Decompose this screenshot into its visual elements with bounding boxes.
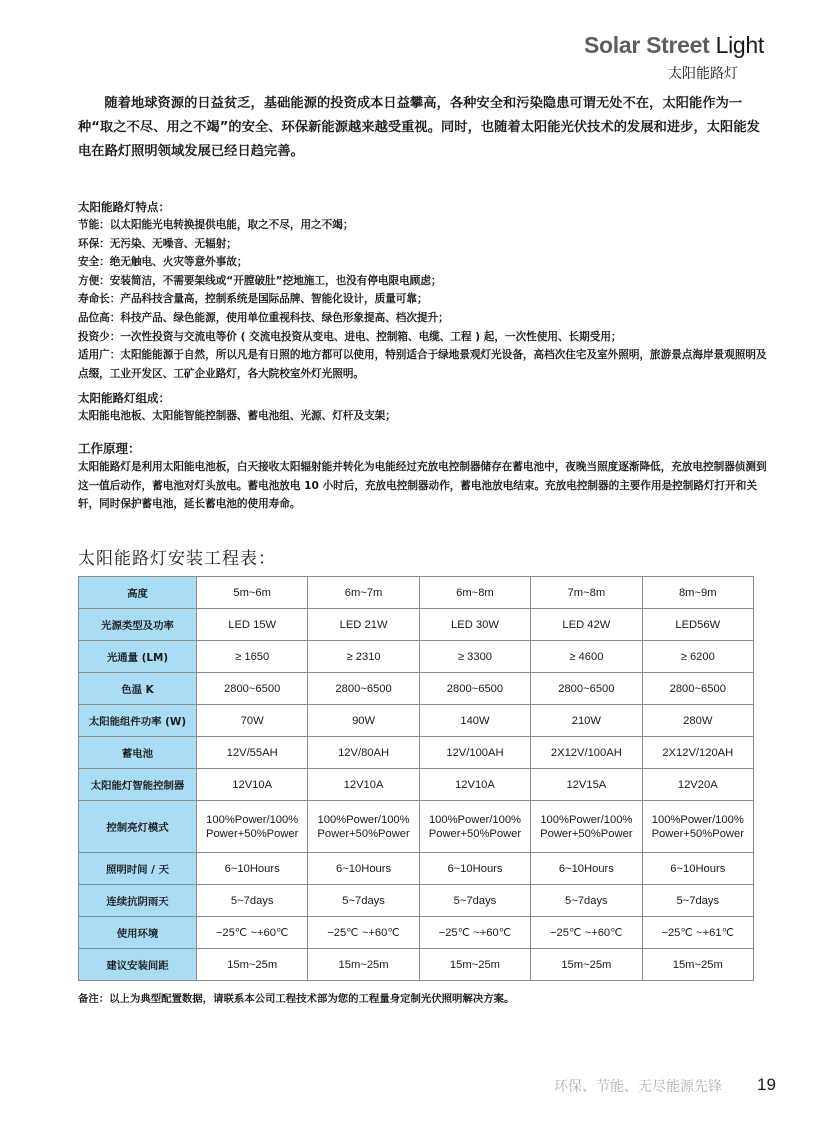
table-row: 光源类型及功率LED 15WLED 21WLED 30WLED 42WLED56… xyxy=(79,609,754,641)
composition-section: 太阳能路灯组成： 太阳能电池板、太阳能智能控制器、蓄电池组、光源、灯杆及支架； xyxy=(78,389,770,426)
table-row: 光通量 (LM)≥ 1650≥ 2310≥ 3300≥ 4600≥ 6200 xyxy=(79,641,754,673)
row-label: 高度 xyxy=(79,577,197,609)
title-light: Light xyxy=(716,32,764,58)
table-cell: LED 42W xyxy=(531,609,642,641)
row-label: 太阳能灯智能控制器 xyxy=(79,769,197,801)
row-label: 照明时间 / 天 xyxy=(79,853,197,885)
table-cell: 12V10A xyxy=(308,769,419,801)
table-cell: 6~10Hours xyxy=(196,853,307,885)
table-cell: 12V15A xyxy=(531,769,642,801)
principle-text: 太阳能路灯是利用太阳能电池板，白天接收太阳辐射能并转化为电能经过充放电控制器储存… xyxy=(78,458,770,514)
table-cell: 2800~6500 xyxy=(419,673,530,705)
table-cell: 12V/55AH xyxy=(196,737,307,769)
table-cell: 210W xyxy=(531,705,642,737)
table-cell: 6~10Hours xyxy=(419,853,530,885)
table-cell: 6~10Hours xyxy=(308,853,419,885)
table-row: 高度5m~6m6m~7m6m~8m7m~8m8m~9m xyxy=(79,577,754,609)
table-cell: 90W xyxy=(308,705,419,737)
table-cell: ≥ 2310 xyxy=(308,641,419,673)
table-cell: 100%Power/100% Power+50%Power xyxy=(531,801,642,853)
feature-item: 安全：绝无触电、火灾等意外事故； xyxy=(78,253,770,272)
table-cell: 2800~6500 xyxy=(308,673,419,705)
table-cell: 15m~25m xyxy=(419,949,530,981)
table-cell: 12V/100AH xyxy=(419,737,530,769)
table-cell: −25℃ ~+61℃ xyxy=(642,917,753,949)
table-cell: 12V20A xyxy=(642,769,753,801)
table-row: 控制亮灯模式100%Power/100% Power+50%Power100%P… xyxy=(79,801,754,853)
principle-heading: 工作原理： xyxy=(78,440,770,458)
page-number: 19 xyxy=(757,1075,776,1095)
table-row: 太阳能灯智能控制器12V10A12V10A12V10A12V15A12V20A xyxy=(79,769,754,801)
table-cell: 5~7days xyxy=(196,885,307,917)
table-cell: 2800~6500 xyxy=(196,673,307,705)
feature-item: 品位高：科技产品、绿色能源，使用单位重视科技、绿色形象提高、档次提升； xyxy=(78,309,770,328)
row-label: 色温 K xyxy=(79,673,197,705)
table-cell: 280W xyxy=(642,705,753,737)
table-cell: 100%Power/100% Power+50%Power xyxy=(419,801,530,853)
table-cell: ≥ 1650 xyxy=(196,641,307,673)
table-note: 备注：以上为典型配置数据，请联系本公司工程技术部为您的工程量身定制光伏照明解决方… xyxy=(78,990,514,1005)
table-cell: 100%Power/100% Power+50%Power xyxy=(642,801,753,853)
row-label: 蓄电池 xyxy=(79,737,197,769)
table-cell: 5~7days xyxy=(642,885,753,917)
table-cell: LED 15W xyxy=(196,609,307,641)
table-cell: −25℃ ~+60℃ xyxy=(308,917,419,949)
title-solar-street: Solar Street xyxy=(584,32,710,58)
table-cell: −25℃ ~+60℃ xyxy=(419,917,530,949)
table-cell: LED56W xyxy=(642,609,753,641)
table-cell: 5~7days xyxy=(419,885,530,917)
table-cell: LED 21W xyxy=(308,609,419,641)
table-row: 建议安装间距15m~25m15m~25m15m~25m15m~25m15m~25… xyxy=(79,949,754,981)
table-title: 太阳能路灯安装工程表： xyxy=(78,544,276,569)
row-label: 建议安装间距 xyxy=(79,949,197,981)
page-title: Solar Street Light xyxy=(584,32,764,59)
table-cell: 2800~6500 xyxy=(642,673,753,705)
table-cell: 100%Power/100% Power+50%Power xyxy=(196,801,307,853)
table-cell: 6~10Hours xyxy=(531,853,642,885)
table-cell: 5~7days xyxy=(531,885,642,917)
row-label: 连续抗阴雨天 xyxy=(79,885,197,917)
feature-item: 节能：以太阳能光电转换提供电能，取之不尽，用之不竭； xyxy=(78,216,770,235)
table-cell: ≥ 3300 xyxy=(419,641,530,673)
table-cell: −25℃ ~+60℃ xyxy=(531,917,642,949)
feature-item: 适用广：太阳能能源于自然，所以凡是有日照的地方都可以使用，特别适合于绿地景观灯光… xyxy=(78,346,770,383)
footer-slogan: 环保、节能、无尽能源先锋 xyxy=(554,1076,722,1096)
row-label: 光通量 (LM) xyxy=(79,641,197,673)
feature-item: 环保：无污染、无噪音、无辐射； xyxy=(78,235,770,254)
page-subtitle: 太阳能路灯 xyxy=(668,63,738,83)
table-cell: 70W xyxy=(196,705,307,737)
table-cell: 15m~25m xyxy=(642,949,753,981)
features-section: 太阳能路灯特点： 节能：以太阳能光电转换提供电能，取之不尽，用之不竭； 环保：无… xyxy=(78,198,770,383)
table-row: 连续抗阴雨天5~7days5~7days5~7days5~7days5~7day… xyxy=(79,885,754,917)
table-cell: 2X12V/100AH xyxy=(531,737,642,769)
table-cell: 7m~8m xyxy=(531,577,642,609)
table-cell: 15m~25m xyxy=(308,949,419,981)
table-cell: 15m~25m xyxy=(531,949,642,981)
table-cell: 140W xyxy=(419,705,530,737)
table-cell: ≥ 4600 xyxy=(531,641,642,673)
features-heading: 太阳能路灯特点： xyxy=(78,198,770,216)
table-cell: ≥ 6200 xyxy=(642,641,753,673)
composition-text: 太阳能电池板、太阳能智能控制器、蓄电池组、光源、灯杆及支架； xyxy=(78,407,770,426)
composition-heading: 太阳能路灯组成： xyxy=(78,389,770,407)
feature-item: 方便：安装简洁，不需要架线或“开膛破肚”挖地施工，也没有停电限电顾虑； xyxy=(78,272,770,291)
row-label: 控制亮灯模式 xyxy=(79,801,197,853)
table-cell: 12V/80AH xyxy=(308,737,419,769)
table-cell: 5~7days xyxy=(308,885,419,917)
feature-item: 投资少：一次性投资与交流电等价 ( 交流电投资从变电、进电、控制箱、电缆、工程 … xyxy=(78,328,770,347)
row-label: 太阳能组件功率 (W) xyxy=(79,705,197,737)
row-label: 使用环境 xyxy=(79,917,197,949)
feature-item: 寿命长：产品科技含量高，控制系统是国际品牌、智能化设计，质量可靠； xyxy=(78,290,770,309)
table-row: 太阳能组件功率 (W)70W90W140W210W280W xyxy=(79,705,754,737)
table-cell: 2X12V/120AH xyxy=(642,737,753,769)
table-cell: LED 30W xyxy=(419,609,530,641)
table-row: 蓄电池12V/55AH12V/80AH12V/100AH2X12V/100AH2… xyxy=(79,737,754,769)
installation-spec-table: 高度5m~6m6m~7m6m~8m7m~8m8m~9m光源类型及功率LED 15… xyxy=(78,576,754,981)
row-label: 光源类型及功率 xyxy=(79,609,197,641)
table-cell: 12V10A xyxy=(196,769,307,801)
intro-paragraph: 随着地球资源的日益贫乏，基础能源的投资成本日益攀高，各种安全和污染隐患可谓无处不… xyxy=(78,92,768,164)
table-row: 照明时间 / 天6~10Hours6~10Hours6~10Hours6~10H… xyxy=(79,853,754,885)
table-cell: 100%Power/100% Power+50%Power xyxy=(308,801,419,853)
table-cell: 6~10Hours xyxy=(642,853,753,885)
table-cell: 6m~7m xyxy=(308,577,419,609)
table-cell: −25℃ ~+60℃ xyxy=(196,917,307,949)
table-cell: 5m~6m xyxy=(196,577,307,609)
table-cell: 6m~8m xyxy=(419,577,530,609)
table-cell: 12V10A xyxy=(419,769,530,801)
table-row: 使用环境−25℃ ~+60℃−25℃ ~+60℃−25℃ ~+60℃−25℃ ~… xyxy=(79,917,754,949)
table-cell: 8m~9m xyxy=(642,577,753,609)
principle-section: 工作原理： 太阳能路灯是利用太阳能电池板，白天接收太阳辐射能并转化为电能经过充放… xyxy=(78,440,770,514)
table-row: 色温 K2800~65002800~65002800~65002800~6500… xyxy=(79,673,754,705)
table-cell: 15m~25m xyxy=(196,949,307,981)
table-cell: 2800~6500 xyxy=(531,673,642,705)
